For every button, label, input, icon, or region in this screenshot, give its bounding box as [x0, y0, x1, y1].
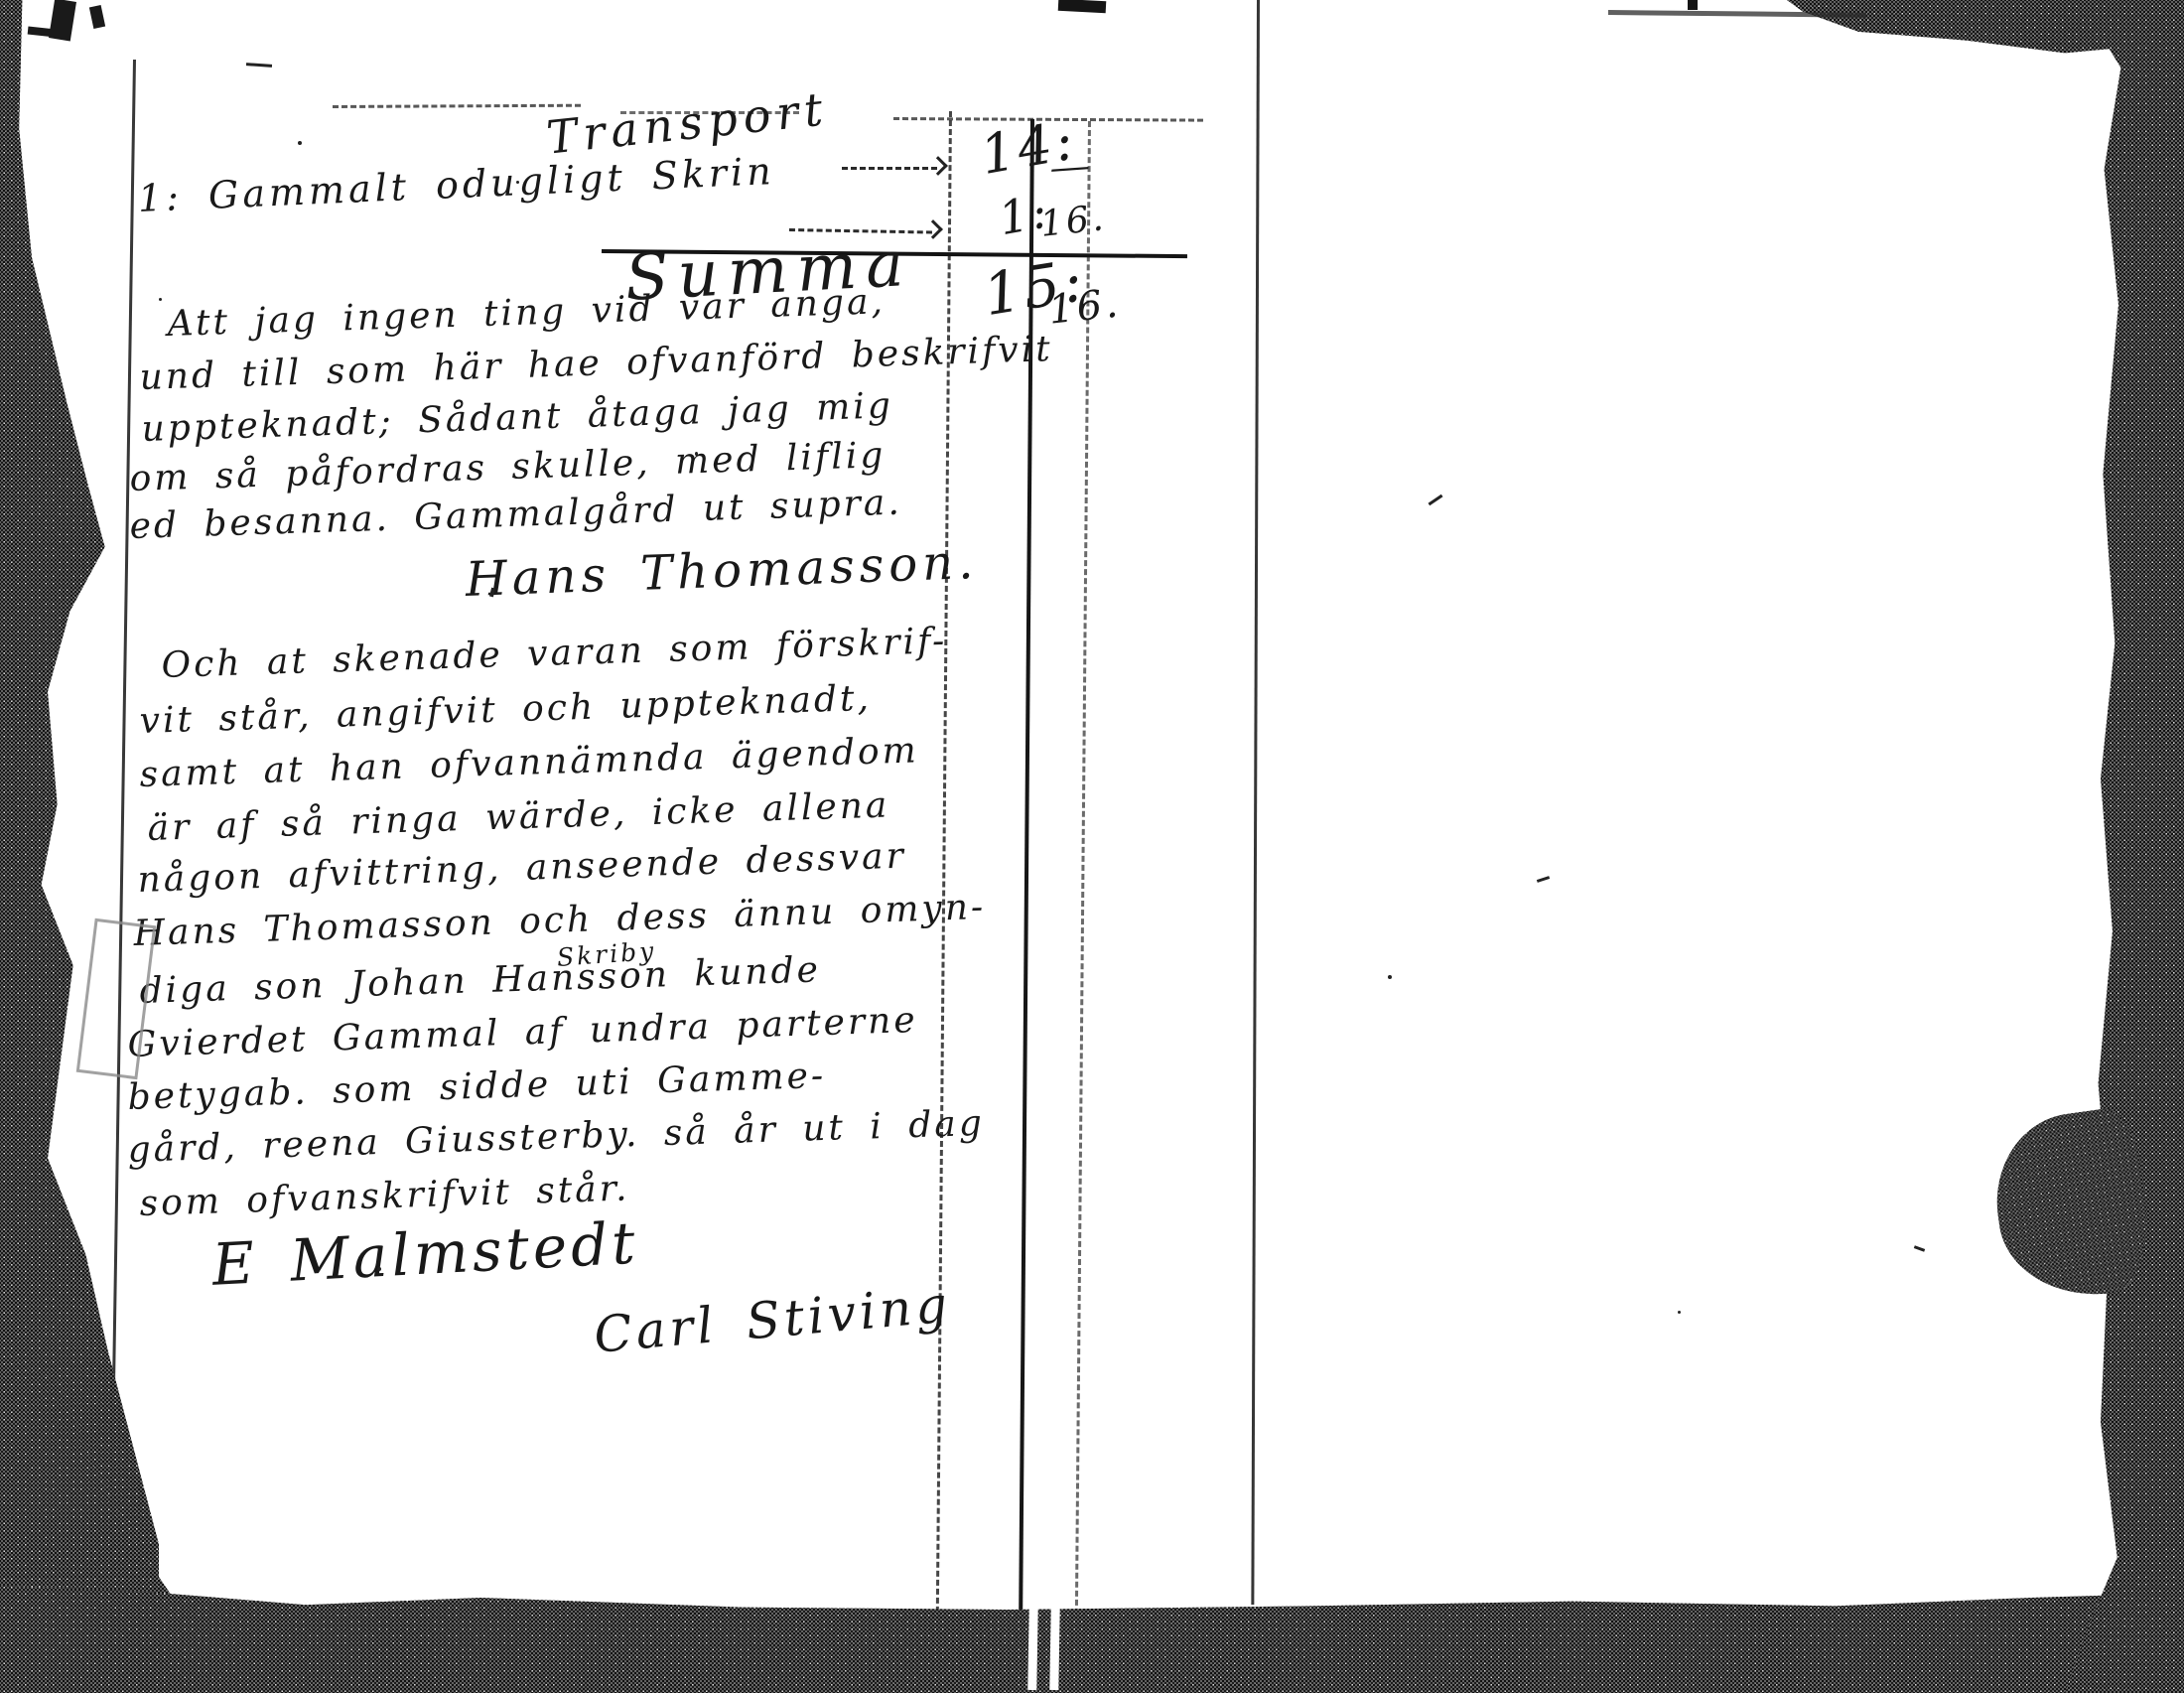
ink-speck	[1678, 1311, 1681, 1314]
witness-line: Och at skenade varan som förskrif-	[161, 621, 948, 686]
scan-border-thumb-blob	[1985, 1104, 2158, 1307]
witness-line: vit står, angifvit och uppteknadt,	[139, 678, 872, 742]
ink-speck	[159, 298, 162, 301]
amount-column-rule-dashed-right	[1075, 121, 1091, 1650]
frame-number-bar	[1049, 1609, 1059, 1690]
signature-e-malmstedt: E Malmstedt	[210, 1208, 640, 1298]
scan-top-center-mark	[1688, 0, 1698, 10]
scan-border-bottom-band	[0, 1574, 2184, 1693]
ink-speck	[246, 63, 272, 68]
ink-speck	[1914, 1245, 1925, 1252]
scanned-manuscript-page: Transport 14: — 1: Gammalt odugligt Skri…	[0, 0, 2184, 1693]
ink-speck	[377, 1267, 381, 1271]
attestation-line: Att jag ingen ting vid var anga,	[167, 281, 887, 345]
scan-top-center-mark	[1058, 0, 1107, 13]
ledger-item-leader-arrowhead	[923, 219, 943, 239]
ink-speck	[1429, 494, 1443, 505]
scan-corner-scratch	[89, 5, 105, 29]
signature-carl-stiving: Carl Stiving	[592, 1276, 953, 1364]
scan-corner-scratch	[28, 27, 57, 38]
ink-speck	[298, 141, 302, 145]
ink-speck	[1388, 975, 1392, 979]
summa-amount-skilling: 16.	[1046, 280, 1123, 333]
witness-line: diga son Johan Hansson kunde	[139, 949, 821, 1012]
frame-number-mark: 11	[1026, 1607, 1066, 1692]
ink-speck	[1537, 876, 1550, 883]
signature-hans-thomasson: Hans Thomasson.	[465, 534, 979, 608]
ledger-item-row-text: 1: Gammalt odugligt Skrin	[137, 149, 775, 220]
transport-leader-dashes	[842, 167, 937, 170]
transport-amount-skilling: —	[1048, 146, 1095, 189]
transport-leader-arrowhead	[928, 156, 948, 176]
witness-line: betygab. som sidde uti Gamme-	[127, 1056, 827, 1118]
top-dashed-rule-segment-1	[333, 104, 581, 108]
ledger-item-amount-skilling: 16.	[1038, 198, 1108, 245]
frame-number-bar	[1027, 1607, 1037, 1690]
ink-speck	[695, 452, 698, 456]
ink-speck	[516, 181, 519, 184]
scan-border-right	[2065, 0, 2184, 1693]
witness-line: samt at han ofvannämnda ägendom	[139, 730, 919, 795]
page-gutter-rule	[1251, 0, 1260, 1605]
